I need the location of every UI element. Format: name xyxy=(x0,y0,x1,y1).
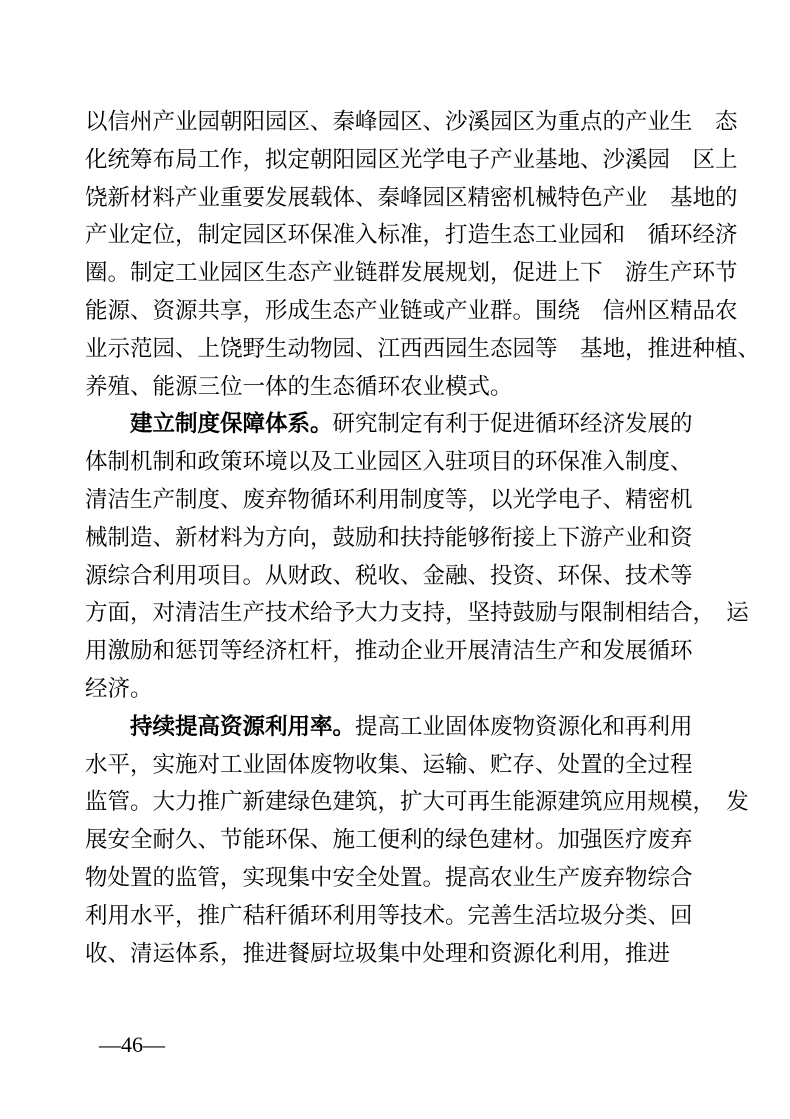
paragraph-resource-utilization: 持续提高资源利用率。提高工业固体废物资源化和再利用 水平，实施对工业固体废物收集… xyxy=(85,708,721,973)
text-line: 物处置的监管，实现集中安全处置。提高农业生产废弃物综合 xyxy=(85,859,721,897)
page-body-text: 以信州产业园朝阳园区、秦峰园区、沙溪园区为重点的产业生 态 化统筹布局工作，拟定… xyxy=(85,103,721,972)
text-run: 研究制定有利于促进循环经济发展的 xyxy=(333,411,693,436)
text-line: 方面，对清洁生产技术给予大力支持，坚持鼓励与限制相结合， 运 xyxy=(85,594,721,632)
text-line: 饶新材料产业重要发展载体、秦峰园区精密机械特色产业 基地的 xyxy=(85,179,721,217)
text-line: 化统筹布局工作，拟定朝阳园区光学电子产业基地、沙溪园 区上 xyxy=(85,141,721,179)
text-line: 能源、资源共享，形成生态产业链或产业群。围绕 信州区精品农 xyxy=(85,292,721,330)
text-line: 监管。大力推广新建绿色建筑，扩大可再生能源建筑应用规模， 发 xyxy=(85,783,721,821)
document-page: 以信州产业园朝阳园区、秦峰园区、沙溪园区为重点的产业生 态 化统筹布局工作，拟定… xyxy=(0,0,790,1119)
paragraph-institutional-system: 建立制度保障体系。研究制定有利于促进循环经济发展的 体制机制和政策环境以及工业园… xyxy=(85,405,721,707)
section-heading: 建立制度保障体系。 xyxy=(130,411,333,436)
text-line: 经济。 xyxy=(85,670,721,708)
paragraph-industry-layout: 以信州产业园朝阳园区、秦峰园区、沙溪园区为重点的产业生 态 化统筹布局工作，拟定… xyxy=(85,103,721,405)
text-line: 以信州产业园朝阳园区、秦峰园区、沙溪园区为重点的产业生 态 xyxy=(85,103,721,141)
section-heading: 持续提高资源利用率。 xyxy=(130,714,355,739)
text-line: 圈。制定工业园区生态产业链群发展规划，促进上下 游生产环节 xyxy=(85,254,721,292)
text-line: 建立制度保障体系。研究制定有利于促进循环经济发展的 xyxy=(85,405,721,443)
text-line: 展安全耐久、节能环保、施工便利的绿色建材。加强医疗废弃 xyxy=(85,821,721,859)
text-line: 利用水平，推广秸秆循环利用等技术。完善生活垃圾分类、回 xyxy=(85,897,721,935)
text-line: 清洁生产制度、废弃物循环利用制度等，以光学电子、精密机 xyxy=(85,481,721,519)
text-line: 持续提高资源利用率。提高工业固体废物资源化和再利用 xyxy=(85,708,721,746)
text-line: 产业定位，制定园区环保准入标准，打造生态工业园和 循环经济 xyxy=(85,216,721,254)
page-number: —46— xyxy=(99,1030,165,1060)
text-line: 养殖、能源三位一体的生态循环农业模式。 xyxy=(85,368,721,406)
text-line: 械制造、新材料为方向，鼓励和扶持能够衔接上下游产业和资 xyxy=(85,519,721,557)
text-line: 收、清运体系，推进餐厨垃圾集中处理和资源化利用，推进 xyxy=(85,935,721,973)
text-run: 提高工业固体废物资源化和再利用 xyxy=(355,714,693,739)
text-line: 业示范园、上饶野生动物园、江西西园生态园等 基地，推进种植、 xyxy=(85,330,721,368)
text-line: 源综合利用项目。从财政、税收、金融、投资、环保、技术等 xyxy=(85,557,721,595)
text-line: 用激励和惩罚等经济杠杆，推动企业开展清洁生产和发展循环 xyxy=(85,632,721,670)
text-line: 体制机制和政策环境以及工业园区入驻项目的环保准入制度、 xyxy=(85,443,721,481)
text-line: 水平，实施对工业固体废物收集、运输、贮存、处置的全过程 xyxy=(85,746,721,784)
